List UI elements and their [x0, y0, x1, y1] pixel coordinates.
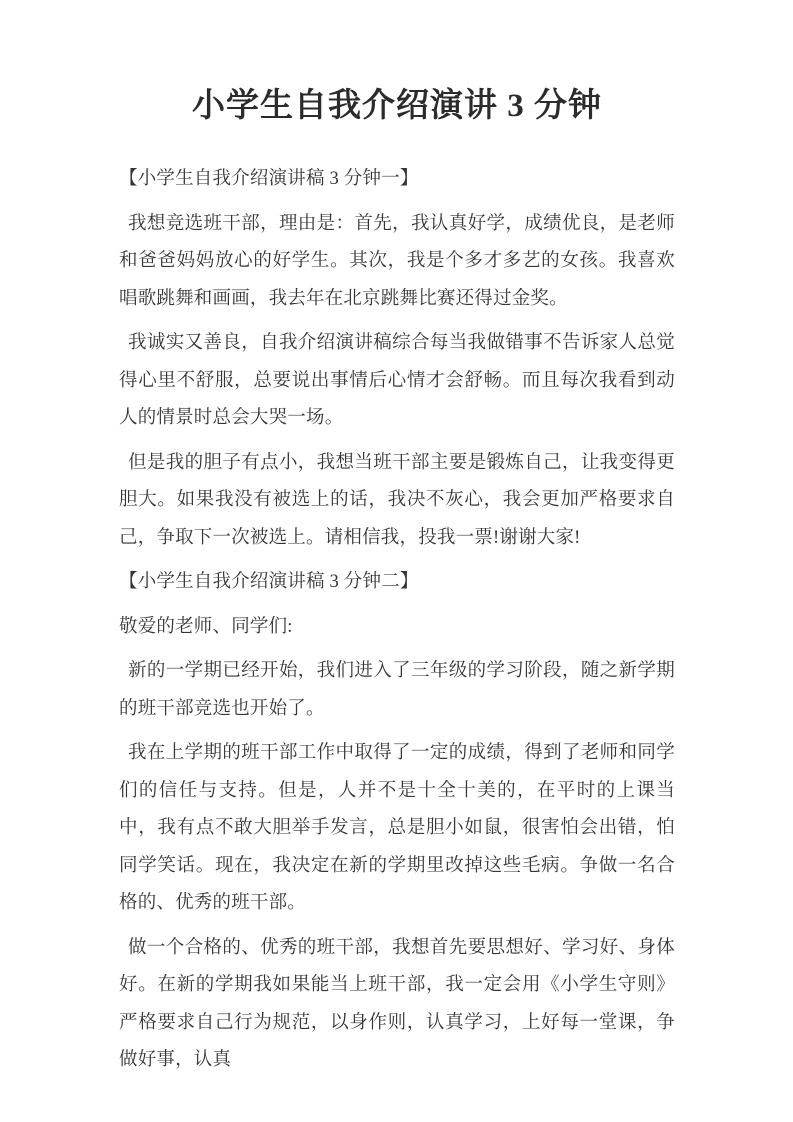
paragraph: 我在上学期的班干部工作中取得了一定的成绩，得到了老师和同学们的信任与支持。但是，… — [119, 735, 675, 923]
paragraph: 新的一学期已经开始，我们进入了三年级的学习阶段，随之新学期的班干部竞选也开始了。 — [119, 653, 675, 728]
paragraph: 我想竞选班干部，理由是：首先，我认真好学，成绩优良，是老师和爸爸妈妈放心的好学生… — [119, 206, 675, 319]
section-1-header: 【小学生自我介绍演讲稿 3 分钟一】 — [119, 161, 675, 199]
document-body: 小学生自我介绍演讲 3 分钟 【小学生自我介绍演讲稿 3 分钟一】 我想竞选班干… — [0, 0, 793, 1080]
document-title: 小学生自我介绍演讲 3 分钟 — [119, 84, 675, 128]
section-2-header: 【小学生自我介绍演讲稿 3 分钟二】 — [119, 564, 675, 602]
paragraph: 做一个合格的、优秀的班干部，我想首先要思想好、学习好、身体好。在新的学期我如果能… — [119, 930, 675, 1080]
document-page: 小学生自我介绍演讲 3 分钟 【小学生自我介绍演讲稿 3 分钟一】 我想竞选班干… — [0, 0, 793, 1122]
paragraph: 我诚实又善良，自我介绍演讲稿综合每当我做错事不告诉家人总觉得心里不舒服，总要说出… — [119, 325, 675, 438]
salutation-line: 敬爱的老师、同学们: — [119, 609, 675, 647]
paragraph: 但是我的胆子有点小，我想当班干部主要是锻炼自己，让我变得更胆大。如果我没有被选上… — [119, 445, 675, 558]
